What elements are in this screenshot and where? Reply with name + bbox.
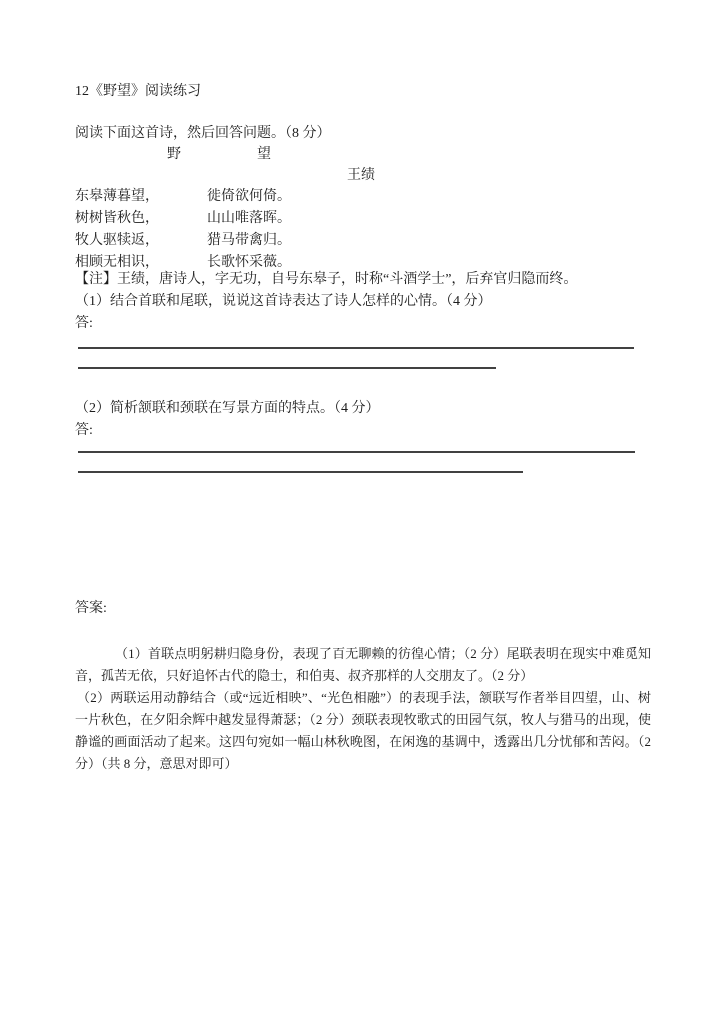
question-2: （2）简析颔联和颈联在写景方面的特点。（4 分） — [75, 399, 380, 418]
document-page: 12《野望》阅读练习 阅读下面这首诗，然后回答问题。（8 分） 野望 王绩 东皋… — [0, 0, 725, 1024]
poem-verse-left: 东皋薄暮望， — [75, 187, 207, 206]
answer-blank-line — [78, 451, 635, 453]
poem-title-char-1: 野 — [167, 147, 181, 162]
answer-label-2: 答: — [75, 421, 93, 440]
poem-line: 牧人驱犊返，猎马带禽归。 — [75, 231, 291, 250]
answer-blank-line — [78, 347, 634, 349]
doc-title: 12《野望》阅读练习 — [75, 82, 201, 101]
poem-verse-left: 树树皆秋色， — [75, 209, 207, 228]
answer-paragraph-2: （2）两联运用动静结合（或“远近相映”、“光色相融”）的表现手法，颔联写作者举目… — [75, 687, 651, 775]
poem-line: 东皋薄暮望，徙倚欲何倚。 — [75, 187, 291, 206]
poem-title: 野望 — [167, 145, 271, 164]
poem-title-char-2: 望 — [257, 147, 271, 162]
poem-verse-left: 牧人驱犊返， — [75, 231, 207, 250]
poem-author: 王绩 — [347, 166, 375, 185]
poem-line: 树树皆秋色，山山唯落晖。 — [75, 209, 291, 228]
answer-paragraph-1: （1）首联点明躬耕归隐身份，表现了百无聊赖的彷徨心情；（2 分）尾联表明在现实中… — [75, 643, 651, 687]
poem-verse-right: 猎马带禽归。 — [207, 233, 291, 248]
answer-blank-line — [78, 471, 523, 473]
intro-text: 阅读下面这首诗，然后回答问题。（8 分） — [75, 124, 331, 143]
answer-label-1: 答: — [75, 314, 93, 333]
poem-verse-right: 山山唯落晖。 — [207, 211, 291, 226]
poem-verse-right: 长歌怀采薇。 — [207, 255, 291, 270]
question-1: （1）结合首联和尾联，说说这首诗表达了诗人怎样的心情。（4 分） — [75, 292, 492, 311]
poem-note: 【注】王绩，唐诗人，字无功，自号东皋子，时称“斗酒学士”，后弃官归隐而终。 — [75, 270, 577, 289]
answer-blank-line — [78, 367, 496, 369]
answers-heading: 答案: — [75, 599, 107, 618]
poem-verse-right: 徙倚欲何倚。 — [207, 189, 291, 204]
